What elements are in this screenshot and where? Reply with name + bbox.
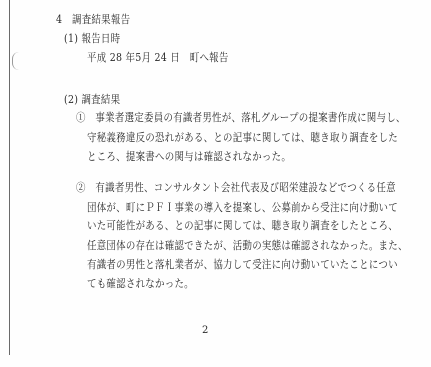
- left-margin-rule: [9, 0, 10, 355]
- item-2-line-2: 団体が、町にＰＦＩ事業の導入を提案し、公募前から受注に向け動いて: [87, 201, 398, 214]
- section-heading: 4 調査結果報告: [56, 13, 130, 26]
- item-2-line-3: いた可能性がある、との記事に関しては、聴き取り調査をしたところ、: [87, 219, 398, 232]
- item-2-line-1: ② 有識者男性、コンサルタント会社代表及び昭栄建設などでつくる任意: [76, 181, 396, 194]
- item-1-line-1: ① 事業者選定委員の有識者男性が、落札グループの提案書作成に関与し、: [76, 111, 406, 124]
- subsection-1-label: (1) 報告日時: [64, 32, 120, 45]
- item-1-line-3: ところ、提案書への関与は確認されなかった。: [87, 150, 291, 163]
- item-2-line-5: 有識者の男性と落札業者が、協力して受注に向け動いていたことについ: [87, 258, 398, 271]
- item-2-line-6: ても確認されなかった。: [87, 277, 194, 290]
- item-2-line-4: 任意団体の存在は確認できたが、活動の実態は確認されなかった。また、: [87, 239, 408, 252]
- margin-pencil-mark: [12, 52, 19, 70]
- subsection-2-label: (2) 調査結果: [64, 93, 120, 106]
- item-1-line-2: 守秘義務違反の恐れがある、との記事に関しては、聴き取り調査をした: [87, 131, 398, 144]
- report-date-line: 平成 28 年5月 24 日 町へ報告: [87, 51, 229, 64]
- document-page: 4 調査結果報告 (1) 報告日時 平成 28 年5月 24 日 町へ報告 (2…: [0, 0, 431, 367]
- page-number: 2: [202, 325, 208, 337]
